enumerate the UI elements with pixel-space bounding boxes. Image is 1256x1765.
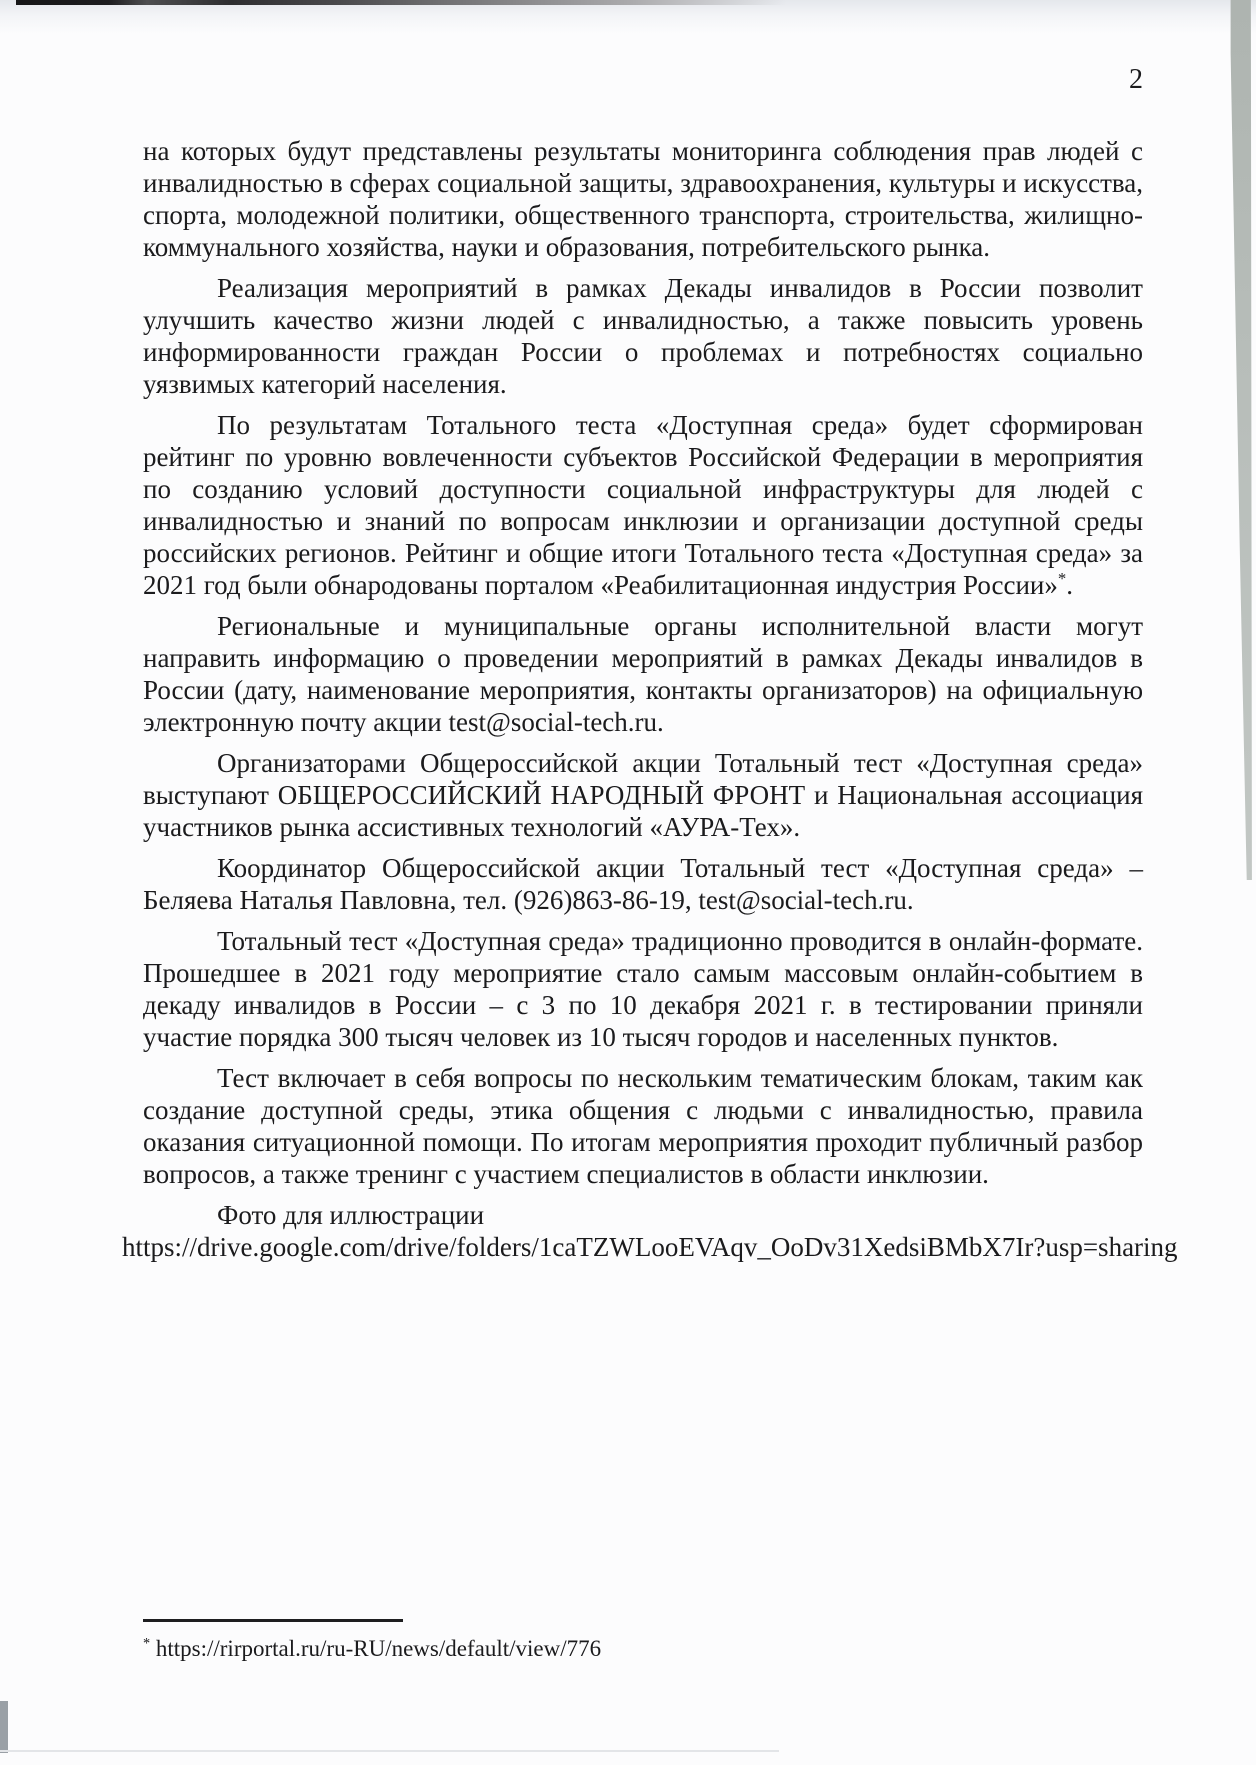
paragraph-text: По результатам Тотального теста «Доступн… [143,410,1143,600]
paragraph-with-footnote-ref: По результатам Тотального теста «Доступн… [143,409,1143,601]
scan-bottom-left-strip [0,1701,8,1753]
paragraph: Координатор Общероссийской акции Тотальн… [143,852,1143,916]
footnote-marker: * [143,1635,150,1651]
document-body: на которых будут представлены результаты… [143,135,1143,1263]
footnote-separator-rule [143,1619,403,1622]
scan-bottom-faint-line [0,1750,779,1752]
photo-link-url: https://drive.google.com/drive/folders/1… [122,1231,1143,1263]
paragraph-suffix: . [1066,570,1073,600]
scan-top-shade [0,0,1256,34]
footnote: * https://rirportal.ru/ru-RU/news/defaul… [143,1619,843,1663]
paragraph: Организаторами Общероссийской акции Тота… [143,747,1143,843]
photo-section-label: Фото для иллюстрации [143,1199,1143,1231]
paragraph: на которых будут представлены результаты… [143,135,1143,263]
paragraph: Тест включает в себя вопросы по нескольк… [143,1062,1143,1190]
scan-top-edge-line [16,0,786,5]
page-number: 2 [1055,64,1143,96]
scan-right-edge-strip [1228,0,1254,880]
paragraph: Тотальный тест «Доступная среда» традици… [143,925,1143,1053]
scanned-document-page: 2 на которых будут представлены результа… [0,0,1256,1765]
footnote-reference-marker: * [1058,569,1066,588]
paragraph: Региональные и муниципальные органы испо… [143,610,1143,738]
footnote-url: https://rirportal.ru/ru-RU/news/default/… [156,1636,601,1661]
footnote-line: * https://rirportal.ru/ru-RU/news/defaul… [143,1635,843,1663]
paragraph: Реализация мероприятий в рамках Декады и… [143,272,1143,400]
